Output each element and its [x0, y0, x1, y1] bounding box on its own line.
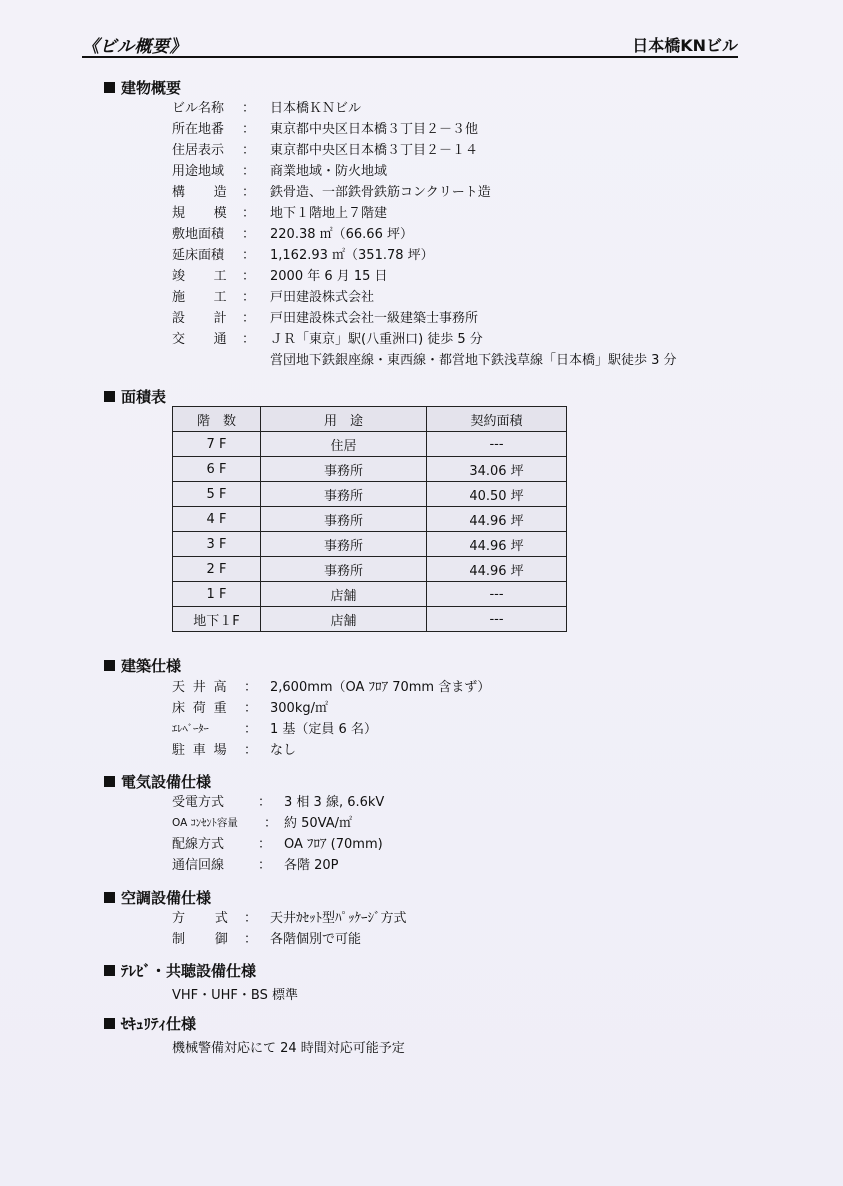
cell-floor: 7 F — [173, 432, 261, 457]
row-key: 制御 — [172, 929, 244, 950]
row-value: 戸田建設株式会社 — [270, 287, 374, 308]
row-sep: ： — [242, 203, 270, 224]
overview-row: 住居表示：東京都中央区日本橋３丁目２－１４ — [172, 140, 677, 161]
cell-area: 40.50 坪 — [427, 482, 567, 507]
row-value: 鉄骨造、一部鉄骨鉄筋コンクリート造 — [270, 182, 491, 203]
row-sep: ： — [242, 224, 270, 245]
row-value: 東京都中央区日本橋３丁目２－１４ — [270, 140, 478, 161]
row-sep: ： — [244, 677, 270, 698]
overview-row: 所在地番：東京都中央区日本橋３丁目２－３他 — [172, 119, 677, 140]
cell-floor: 1 F — [173, 582, 261, 607]
row-sep: ： — [264, 813, 284, 834]
spec-row: ｴﾚﾍﾞｰﾀｰ：1 基（定員 6 名） — [172, 719, 490, 740]
row-value: 各階個別で可能 — [270, 929, 361, 950]
row-key: 構造 — [172, 182, 242, 203]
table-row: 7 F住居--- — [173, 432, 567, 457]
column-header-area: 契約面積 — [427, 407, 567, 432]
section-title: 電気設備仕様 — [121, 771, 211, 792]
row-key: 用途地域 — [172, 161, 242, 182]
hvac-list: 方式：天井ｶｾｯﾄ型ﾊﾟｯｹｰｼﾞ方式 制御：各階個別で可能 — [172, 908, 407, 950]
cell-floor: 2 F — [173, 557, 261, 582]
row-key: ｴﾚﾍﾞｰﾀｰ — [172, 719, 244, 740]
cell-floor: 4 F — [173, 507, 261, 532]
spec-row: OA ｺﾝｾﾝﾄ容量：約 50VA/㎡ — [172, 813, 384, 834]
row-value: 2000 年 6 月 15 日 — [270, 266, 388, 287]
row-sep: ： — [258, 834, 284, 855]
cell-floor: 地下１F — [173, 607, 261, 632]
row-value: 営団地下鉄銀座線・東西線・都営地下鉄浅草線「日本橋」駅徒歩 3 分 — [270, 350, 677, 371]
cell-usage: 住居 — [261, 432, 427, 457]
section-heading-electrical: 電気設備仕様 — [104, 771, 211, 792]
section-title: ｾｷｭﾘﾃｨ仕様 — [121, 1013, 196, 1034]
overview-row: 用途地域：商業地域・防火地域 — [172, 161, 677, 182]
cell-usage: 事務所 — [261, 457, 427, 482]
row-value: 東京都中央区日本橋３丁目２－３他 — [270, 119, 478, 140]
row-key: 延床面積 — [172, 245, 242, 266]
section-title: 建物概要 — [121, 77, 181, 98]
spec-row: 床荷重：300kg/㎡ — [172, 698, 490, 719]
row-sep: ： — [244, 719, 270, 740]
overview-row: 設計：戸田建設株式会社一級建築士事務所 — [172, 308, 677, 329]
cell-usage: 店舗 — [261, 607, 427, 632]
row-key: 受電方式 — [172, 792, 258, 813]
cell-floor: 5 F — [173, 482, 261, 507]
overview-row: 敷地面積：220.38 ㎡（66.66 坪） — [172, 224, 677, 245]
row-key: OA ｺﾝｾﾝﾄ容量 — [172, 813, 264, 834]
row-sep: ： — [244, 740, 270, 761]
row-key: 方式 — [172, 908, 244, 929]
row-key: 交通 — [172, 329, 242, 350]
row-key: 所在地番 — [172, 119, 242, 140]
row-key: 通信回線 — [172, 855, 258, 876]
cell-floor: 6 F — [173, 457, 261, 482]
row-value: 約 50VA/㎡ — [284, 813, 352, 834]
overview-row: 施工：戸田建設株式会社 — [172, 287, 677, 308]
row-sep: ： — [242, 266, 270, 287]
row-sep: ： — [242, 308, 270, 329]
cell-area: --- — [427, 432, 567, 457]
cell-floor: 3 F — [173, 532, 261, 557]
row-value: 220.38 ㎡（66.66 坪） — [270, 224, 413, 245]
spec-row: 制御：各階個別で可能 — [172, 929, 407, 950]
section-title: ﾃﾚﾋﾞ・共聴設備仕様 — [121, 960, 256, 981]
section-heading-overview: 建物概要 — [104, 77, 181, 98]
cell-area: 44.96 坪 — [427, 507, 567, 532]
cell-area: --- — [427, 582, 567, 607]
page-header: 《ビル概要》 日本橋KNビル — [82, 32, 738, 58]
spec-row: 方式：天井ｶｾｯﾄ型ﾊﾟｯｹｰｼﾞ方式 — [172, 908, 407, 929]
row-key: ビル名称 — [172, 98, 242, 119]
row-key: 住居表示 — [172, 140, 242, 161]
spec-row: 通信回線：各階 20P — [172, 855, 384, 876]
cell-area: 44.96 坪 — [427, 557, 567, 582]
cell-usage: 事務所 — [261, 532, 427, 557]
table-row: 5 F事務所40.50 坪 — [173, 482, 567, 507]
table-row: 6 F事務所34.06 坪 — [173, 457, 567, 482]
row-key: 配線方式 — [172, 834, 258, 855]
row-value: 300kg/㎡ — [270, 698, 328, 719]
table-row: 地下１F店舗--- — [173, 607, 567, 632]
table-header-row: 階 数 用 途 契約面積 — [173, 407, 567, 432]
row-value: 1,162.93 ㎡（351.78 坪） — [270, 245, 434, 266]
spec-row: 天井高：2,600mm（OA ﾌﾛｱ 70mm 含まず） — [172, 677, 490, 698]
tv-spec-text: VHF・UHF・BS 標準 — [172, 984, 298, 1003]
cell-area: 34.06 坪 — [427, 457, 567, 482]
row-value: OA ﾌﾛｱ (70mm) — [284, 834, 383, 855]
row-key: 床荷重 — [172, 698, 244, 719]
row-sep: ： — [242, 182, 270, 203]
row-sep — [242, 350, 270, 371]
architecture-list: 天井高：2,600mm（OA ﾌﾛｱ 70mm 含まず） 床荷重：300kg/㎡… — [172, 677, 490, 761]
row-value: 戸田建設株式会社一級建築士事務所 — [270, 308, 478, 329]
spec-row: 受電方式：3 相 3 線, 6.6kV — [172, 792, 384, 813]
section-title: 建築仕様 — [121, 655, 181, 676]
row-key — [172, 350, 242, 371]
overview-row: 営団地下鉄銀座線・東西線・都営地下鉄浅草線「日本橋」駅徒歩 3 分 — [172, 350, 677, 371]
overview-row: 竣工：2000 年 6 月 15 日 — [172, 266, 677, 287]
overview-row: 延床面積：1,162.93 ㎡（351.78 坪） — [172, 245, 677, 266]
row-key: 敷地面積 — [172, 224, 242, 245]
row-key: 規模 — [172, 203, 242, 224]
table-row: 4 F事務所44.96 坪 — [173, 507, 567, 532]
row-sep: ： — [242, 287, 270, 308]
row-value: 日本橋ＫＮビル — [270, 98, 361, 119]
row-sep: ： — [242, 329, 270, 350]
security-spec-text: 機械警備対応にて 24 時間対応可能予定 — [172, 1037, 405, 1056]
row-value: なし — [270, 740, 296, 761]
row-sep: ： — [242, 119, 270, 140]
column-header-usage: 用 途 — [261, 407, 427, 432]
area-table: 階 数 用 途 契約面積 7 F住居--- 6 F事務所34.06 坪 5 F事… — [172, 406, 567, 632]
overview-row: 規模：地下１階地上７階建 — [172, 203, 677, 224]
square-bullet-icon — [104, 391, 115, 402]
row-value: 商業地域・防火地域 — [270, 161, 387, 182]
square-bullet-icon — [104, 892, 115, 903]
electrical-list: 受電方式：3 相 3 線, 6.6kV OA ｺﾝｾﾝﾄ容量：約 50VA/㎡ … — [172, 792, 384, 876]
section-heading-security: ｾｷｭﾘﾃｨ仕様 — [104, 1013, 196, 1034]
row-key: 天井高 — [172, 677, 244, 698]
row-value: 3 相 3 線, 6.6kV — [284, 792, 384, 813]
overview-row: 構造：鉄骨造、一部鉄骨鉄筋コンクリート造 — [172, 182, 677, 203]
square-bullet-icon — [104, 660, 115, 671]
overview-row: 交通：ＪＲ「東京」駅(八重洲口) 徒歩 5 分 — [172, 329, 677, 350]
row-key: 駐車場 — [172, 740, 244, 761]
overview-row: ビル名称：日本橋ＫＮビル — [172, 98, 677, 119]
section-heading-area-table: 面積表 — [104, 386, 166, 407]
row-key: 竣工 — [172, 266, 242, 287]
square-bullet-icon — [104, 965, 115, 976]
row-sep: ： — [258, 855, 284, 876]
table-row: 3 F事務所44.96 坪 — [173, 532, 567, 557]
row-sep: ： — [244, 908, 270, 929]
row-value: 地下１階地上７階建 — [270, 203, 387, 224]
row-value: 天井ｶｾｯﾄ型ﾊﾟｯｹｰｼﾞ方式 — [270, 908, 407, 929]
section-title: 面積表 — [121, 386, 166, 407]
section-title: 空調設備仕様 — [121, 887, 211, 908]
cell-usage: 事務所 — [261, 482, 427, 507]
overview-list: ビル名称：日本橋ＫＮビル 所在地番：東京都中央区日本橋３丁目２－３他 住居表示：… — [172, 98, 677, 371]
square-bullet-icon — [104, 776, 115, 787]
cell-area: 44.96 坪 — [427, 532, 567, 557]
row-value: ＪＲ「東京」駅(八重洲口) 徒歩 5 分 — [270, 329, 483, 350]
cell-usage: 事務所 — [261, 557, 427, 582]
row-value: 2,600mm（OA ﾌﾛｱ 70mm 含まず） — [270, 677, 490, 698]
table-row: 2 F事務所44.96 坪 — [173, 557, 567, 582]
table-row: 1 F店舗--- — [173, 582, 567, 607]
document-page: 《ビル概要》 日本橋KNビル 建物概要 ビル名称：日本橋ＫＮビル 所在地番：東京… — [0, 0, 843, 1186]
row-sep: ： — [242, 161, 270, 182]
square-bullet-icon — [104, 82, 115, 93]
column-header-floor: 階 数 — [173, 407, 261, 432]
spec-row: 駐車場：なし — [172, 740, 490, 761]
row-value: 各階 20P — [284, 855, 339, 876]
spec-row: 配線方式：OA ﾌﾛｱ (70mm) — [172, 834, 384, 855]
row-key: 設計 — [172, 308, 242, 329]
cell-usage: 店舗 — [261, 582, 427, 607]
cell-area: --- — [427, 607, 567, 632]
page-title: 《ビル概要》 — [82, 32, 187, 57]
cell-usage: 事務所 — [261, 507, 427, 532]
row-sep: ： — [244, 698, 270, 719]
row-sep: ： — [244, 929, 270, 950]
building-name: 日本橋KNビル — [632, 33, 738, 56]
section-heading-hvac: 空調設備仕様 — [104, 887, 211, 908]
row-sep: ： — [258, 792, 284, 813]
row-sep: ： — [242, 245, 270, 266]
row-sep: ： — [242, 98, 270, 119]
row-key: 施工 — [172, 287, 242, 308]
section-heading-architecture: 建築仕様 — [104, 655, 181, 676]
square-bullet-icon — [104, 1018, 115, 1029]
section-heading-tv: ﾃﾚﾋﾞ・共聴設備仕様 — [104, 960, 256, 981]
row-sep: ： — [242, 140, 270, 161]
row-value: 1 基（定員 6 名） — [270, 719, 377, 740]
